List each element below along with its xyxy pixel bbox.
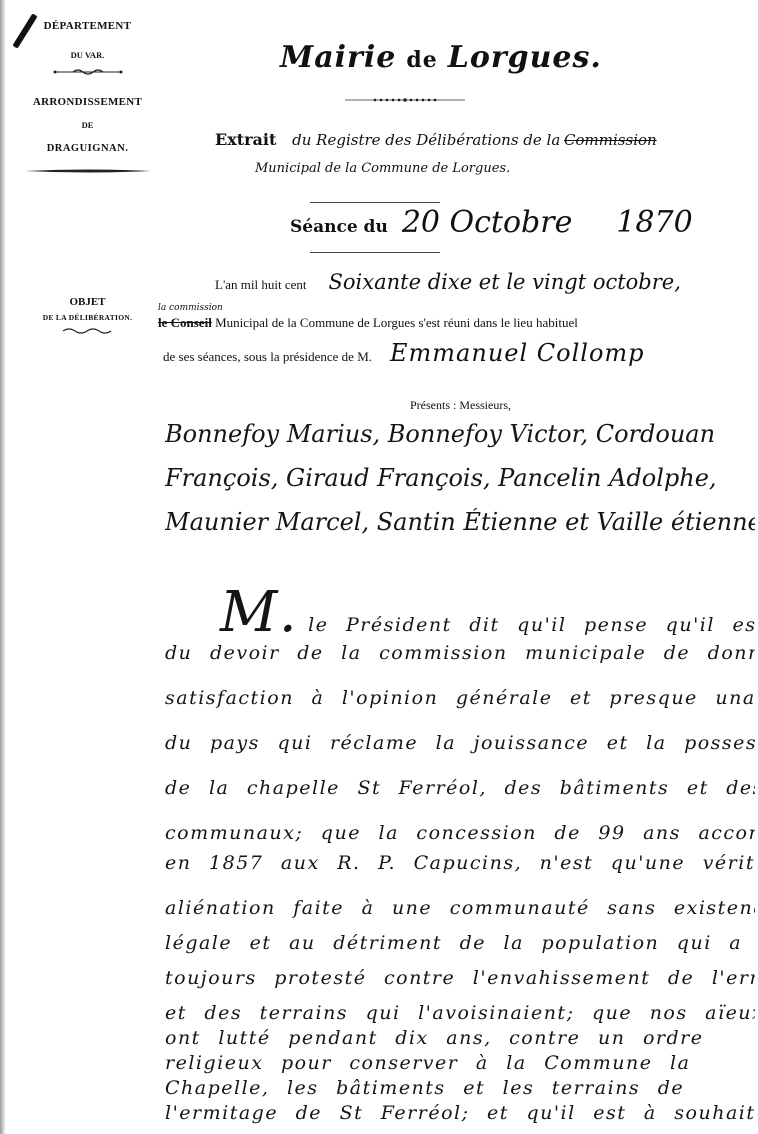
ornament-icon	[53, 68, 123, 76]
body-first-line: M.le Président dit qu'il pense qu'il est	[165, 580, 755, 645]
divider-ornament-icon	[23, 168, 153, 174]
president-name: Emmanuel Collomp	[390, 339, 645, 367]
body-line: toujours protesté contre l'envahissement…	[165, 967, 755, 989]
body-line: communaux; que la concession de 99 ans a…	[165, 822, 755, 844]
objet-sub-label: DE LA DÉLIBÉRATION.	[20, 313, 155, 322]
annotation: la commission	[158, 303, 223, 313]
attendee-line: Maunier Marcel, Santin Étienne et Vaille…	[165, 508, 755, 536]
objet-block: OBJET DE LA DÉLIBÉRATION.	[20, 296, 155, 335]
du-var-label: DU VAR.	[20, 50, 155, 60]
session-date: Séance du 20 Octobre 1870	[290, 205, 693, 240]
departement-label: DÉPARTEMENT	[20, 20, 155, 32]
body-line: du devoir de la commission municipale de…	[165, 642, 755, 664]
attendee-line: François, Giraud François, Pancelin Adol…	[165, 464, 755, 492]
body-line: du pays qui réclame la jouissance et la …	[165, 732, 755, 754]
body-line: l'ermitage de St Ferréol; et qu'il est à…	[165, 1102, 755, 1124]
preamble-conseil-line: le Conseil Municipal de la Commune de Lo…	[158, 315, 578, 331]
rule	[310, 252, 440, 253]
objet-label: OBJET	[20, 296, 155, 308]
body-line: en 1857 aux R. P. Capucins, n'est qu'une…	[165, 852, 755, 874]
extract-heading: Extrait du Registre des Délibérations de…	[215, 130, 657, 150]
body-line: Chapelle, les bâtiments et les terrains …	[165, 1077, 755, 1099]
body-line: légale et au détriment de la population …	[165, 932, 755, 954]
rule	[310, 202, 440, 203]
department-block: DÉPARTEMENT DU VAR. ARRONDISSEMENT DE DR…	[20, 20, 155, 174]
body-line: satisfaction à l'opinion générale et pre…	[165, 687, 755, 709]
body-line: aliénation faite à une communauté sans e…	[165, 897, 755, 919]
preamble-president-line: de ses séances, sous la présidence de M.…	[163, 339, 645, 367]
body-line: et des terrains qui l'avoisinaient; que …	[165, 1002, 755, 1024]
body-line: religieux pour conserver à la Commune la	[165, 1052, 755, 1074]
page-title: MairiedeLorgues.	[280, 40, 602, 75]
dropcap: M.	[220, 580, 298, 645]
draguignan-label: DRAGUIGNAN.	[20, 143, 155, 154]
arrondissement-label: ARRONDISSEMENT	[20, 96, 155, 108]
body-line: de la chapelle St Ferréol, des bâtiments…	[165, 777, 755, 799]
attendee-line: Bonnefoy Marius, Bonnefoy Victor, Cordou…	[165, 420, 755, 448]
page-edge	[0, 0, 6, 1134]
struck-text: Commission	[564, 131, 657, 149]
year-handwritten: 1870	[616, 205, 692, 240]
de-label: DE	[20, 120, 155, 130]
ornament-icon	[60, 327, 115, 335]
date-handwritten: 20 Octobre	[402, 205, 573, 240]
extract-heading-line2: Municipal de la Commune de Lorgues.	[255, 161, 510, 176]
header-ornament-icon	[345, 96, 465, 104]
preamble-date-line: L'an mil huit cent Soixante dixe et le v…	[215, 270, 681, 294]
body-line: ont lutté pendant dix ans, contre un ord…	[165, 1027, 755, 1049]
presents-label: Présents : Messieurs,	[410, 398, 511, 413]
